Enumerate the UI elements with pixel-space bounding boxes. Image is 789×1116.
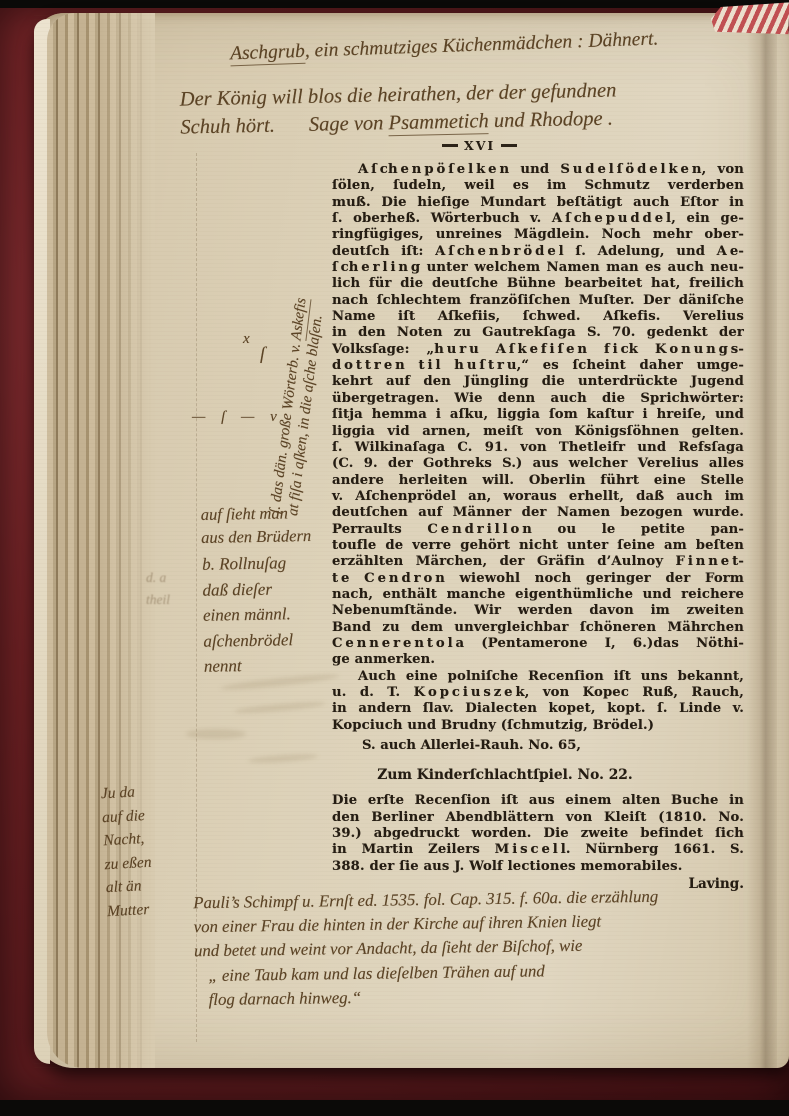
printed-line: in andern ſlav. Dialecten kopet, kopt. ſ… bbox=[332, 701, 744, 717]
annotation-top-block: Der König will blos die heirathen, der d… bbox=[179, 72, 789, 141]
printed-line: v. Aſchenprödel an, woraus erhellt, daß … bbox=[332, 489, 744, 505]
annotation-line: auf die bbox=[102, 803, 150, 829]
printed-line: ſ. Wilkinaſaga C. 91. von Thetleifr und … bbox=[332, 440, 744, 456]
vertical-margin-note-text: ſ. das dän. große Wörterb. v. Askefis at… bbox=[267, 163, 345, 517]
printed-line: Volksſage: „h u r u A ſ k e f i ſ e n f … bbox=[332, 342, 744, 358]
annotation-line: einen männl. bbox=[203, 601, 293, 628]
printed-line: A ſ ch e n p ö ſ e l k e n und S u d e l… bbox=[332, 162, 744, 178]
printed-line: erzählten Märchen, der Gräfin d’Aulnoy F… bbox=[332, 554, 744, 570]
printed-cross-reference: S. auch Allerlei-Rauh. No. 65, bbox=[332, 738, 744, 754]
printed-line: in den Noten zu Gautrekſaga S. 70. geden… bbox=[332, 325, 744, 341]
printed-line: u. d. T. K o p c i u s z e k, von Kopec … bbox=[332, 685, 744, 701]
printed-line: Die erſte Recenſion iſt aus einem alten … bbox=[332, 793, 744, 809]
printed-line: muß. Die hieſige Mundart beſtätigt auch … bbox=[332, 195, 744, 211]
printed-line: ſ. oberheß. Wörterbuch v. A ſ ch e p u d… bbox=[332, 211, 744, 227]
annotation-line: zu eßen bbox=[104, 850, 152, 876]
annotation-text: und Rhodope . bbox=[489, 108, 614, 133]
annotation-line: nennt bbox=[204, 652, 294, 679]
annotation-line: aſchenbrödel bbox=[203, 627, 293, 654]
annotation-line: Ju da bbox=[100, 780, 148, 806]
folio-dash-left bbox=[442, 144, 458, 147]
printed-line: übergetragen. Wie denn auch die Sprichwö… bbox=[332, 391, 744, 407]
margin-note-faint: d. atheil bbox=[146, 567, 170, 611]
printed-line: ſölen, ſudeln, weil es im Schmutz verder… bbox=[332, 178, 744, 194]
printed-line: (C. 9. der Gothreks S.) aus welcher Vere… bbox=[332, 456, 744, 472]
printed-section-heading: Zum Kinderſchlachtſpiel. No. 22. bbox=[332, 767, 744, 784]
printed-paragraph-aschenpoeselken: A ſ ch e n p ö ſ e l k e n und S u d e l… bbox=[332, 162, 744, 669]
annotation-line: d. a bbox=[146, 567, 170, 589]
printed-line: deutſch iſt: A ſ ch e n b r ö d e l ſ. A… bbox=[332, 244, 744, 260]
printed-line: Auch eine polniſche Recenſion iſt uns be… bbox=[332, 669, 744, 685]
printed-line: ſ ch e r l i n g unter welchem Namen man… bbox=[332, 260, 744, 276]
annotation-top-line1: Aschgrub, ein schmutziges Küchenmädchen … bbox=[230, 27, 710, 66]
vertical-margin-note: ſ. das dän. große Wörterb. v. Askefis at… bbox=[258, 165, 354, 515]
printed-line: nach, enthält manche eigenthümliche und … bbox=[332, 587, 744, 603]
printed-line: andere herleiten will. Oberlin führt ein… bbox=[332, 473, 744, 489]
printed-line: kehrt auf den Jüngling die unterdrückte … bbox=[332, 374, 744, 390]
folio-number: XVI bbox=[464, 138, 495, 153]
folio-number-row: XVI bbox=[442, 138, 534, 153]
bleed-through-smudge bbox=[234, 700, 326, 715]
printed-line: Nebenumſtände. Wir werden davon im zweit… bbox=[332, 603, 744, 619]
printed-line: lich für die deutſche Bühne bearbeitet h… bbox=[332, 276, 744, 292]
printed-line: Kopciuch und Brudny (ſchmutzig, Brödel.) bbox=[332, 718, 744, 734]
margin-note-bottom-left: Ju daauf dieNacht,zu eßenalt änMutter bbox=[100, 780, 154, 923]
printed-line: t e C e n d r o n wiewohl noch geringer … bbox=[332, 571, 744, 587]
printed-line: den Berliner Abendblättern von Kleiſt (1… bbox=[332, 810, 744, 826]
printed-line: toufle de verre gehört nicht unter ſeine… bbox=[332, 538, 744, 554]
annotation-line: b. Rollnuſag bbox=[202, 550, 292, 577]
printed-line: d o t t r e n t i l h u ſ t r u,“ es ſch… bbox=[332, 358, 744, 374]
printed-line: 39.) abgedruckt worden. Die zweite befin… bbox=[332, 826, 744, 842]
printed-line: Name iſt Aſkefiis, ſchwed. Aſkefis. Vere… bbox=[332, 309, 744, 325]
printed-line: ſitja hemma i aſku, liggia ſom kaſtur i … bbox=[332, 407, 744, 423]
annotation-line: theil bbox=[146, 589, 170, 611]
spacer bbox=[275, 131, 309, 132]
folio-dash-right bbox=[501, 144, 517, 147]
printed-line: 388. der ſie aus J. Wolf lectiones memor… bbox=[332, 859, 744, 875]
margin-mark-cross: x bbox=[243, 331, 250, 348]
annotation-bottom-block: Pauli’s Schimpf u. Ernſt ed. 1535. fol. … bbox=[193, 883, 789, 1012]
annotation-text: , ein schmutziges Küchenmädchen : Dähner… bbox=[304, 28, 658, 61]
printed-text-column: A ſ ch e n p ö ſ e l k e n und S u d e l… bbox=[332, 162, 744, 892]
annotation-line: aus den Brüdern bbox=[201, 524, 311, 549]
annotation-line: Mutter bbox=[106, 897, 154, 923]
annotation-line: daß dieſer bbox=[202, 576, 292, 603]
annotation-text: Schuh hört. bbox=[180, 115, 275, 139]
bleed-through-smudge bbox=[186, 729, 246, 739]
annotation-text: Sage von bbox=[309, 112, 389, 136]
margin-mark-dashes: — ſ — v bbox=[192, 409, 342, 426]
headband-stripes bbox=[710, 0, 789, 34]
printed-line: in Martin Zeilers M i s c e l l. Nürnber… bbox=[332, 842, 744, 858]
printed-line: ge anmerken. bbox=[332, 652, 744, 668]
printed-line: ringfügiges, unreines Mägdlein. Noch meh… bbox=[332, 227, 744, 243]
book-page: Aschgrub, ein schmutziges Küchenmädchen … bbox=[34, 13, 789, 1068]
annotation-underlined-word: Psammetich bbox=[388, 110, 489, 136]
printed-line: liggia vid arnen, meiſt von Königsſöhnen… bbox=[332, 424, 744, 440]
annotation-underlined-word: Aschgrub bbox=[230, 41, 306, 67]
margin-note-rollenhagen: b. Rollnuſagdaß dieſereinen männl.aſchen… bbox=[202, 550, 294, 679]
margin-mark-hook: ſ bbox=[260, 343, 265, 364]
bleed-through-smudge bbox=[248, 753, 318, 765]
printed-line: C e n n e r e n t o l a (Pentamerone I, … bbox=[332, 636, 744, 652]
printed-paragraph-polish-recension: Auch eine polniſche Recenſion iſt uns be… bbox=[332, 669, 744, 734]
printed-line: Perraults C e n d r i l l o n ou le peti… bbox=[332, 522, 744, 538]
annotation-line: alt än bbox=[105, 874, 153, 900]
printed-line: Band zu dem unvergleichbar ſchöneren Mäh… bbox=[332, 620, 744, 636]
printed-line: nach ſchlechtem franzöſiſchen Muſter. De… bbox=[332, 293, 744, 309]
printed-paragraph-kinderschlachtspiel: Die erſte Recenſion iſt aus einem alten … bbox=[332, 793, 744, 875]
photographed-book-spread: Aschgrub, ein schmutziges Küchenmädchen … bbox=[0, 0, 789, 1116]
annotation-line: Nacht, bbox=[103, 827, 151, 853]
margin-note-brothers: auf ſieht manaus den Brüdern bbox=[201, 501, 312, 549]
annotation-line: auf ſieht man bbox=[201, 501, 311, 526]
printed-line: deutſchen auf Männer der Namen bezogen w… bbox=[332, 505, 744, 521]
